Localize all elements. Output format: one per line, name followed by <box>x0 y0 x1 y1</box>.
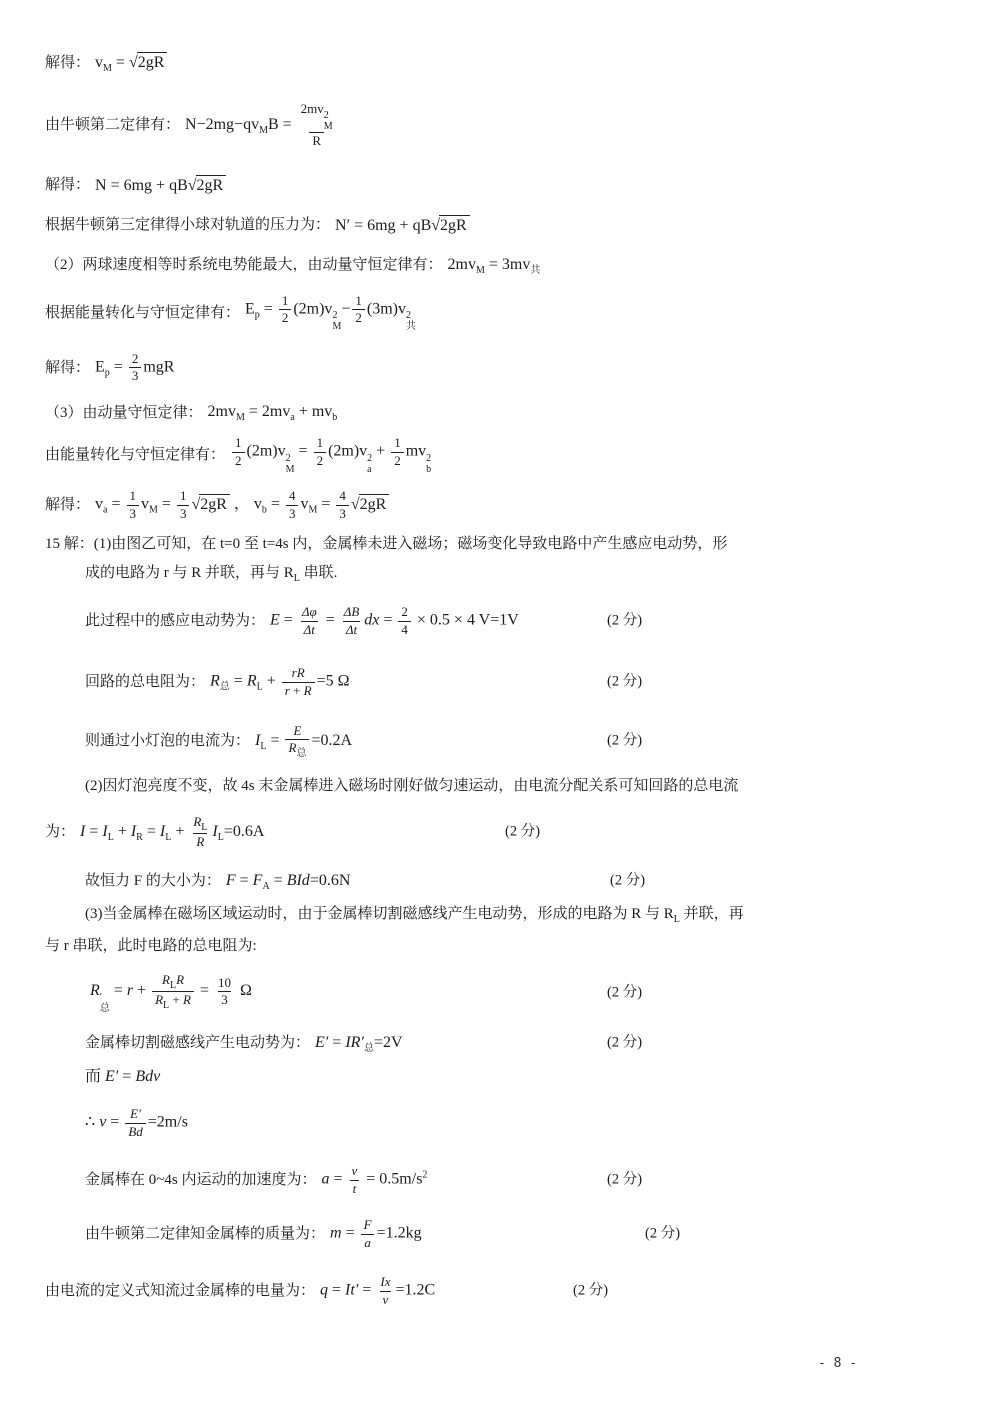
text-token: = <box>230 673 247 690</box>
superscript: 2 <box>332 310 337 321</box>
denominator: RL + R <box>152 991 194 1011</box>
text-token: =2m/s <box>148 1114 188 1131</box>
variable-token: E <box>293 723 301 738</box>
superscript: 2 <box>324 110 329 121</box>
text-token: = <box>267 496 284 513</box>
text-token: =1.2kg <box>377 1225 422 1242</box>
text-token: E <box>95 358 105 375</box>
text-token: 2 <box>282 310 289 325</box>
variable-token: v <box>383 1292 389 1307</box>
line-label: 金属棒在 0~4s 内运动的加速度为： <box>85 1171 316 1189</box>
text-token: 3 <box>339 506 346 521</box>
energy-conservation2-line: 由能量转化与守恒定律有： 12(2m)v2M = 12(2m)v2a + 12m… <box>45 430 962 480</box>
fraction: 12 <box>352 293 365 327</box>
numerator: F <box>361 1217 375 1233</box>
paragraph-text: (3)当金属棒在磁场区域运动时，由于金属棒切割磁感线产生电动势，形成的电路为 R… <box>85 905 744 925</box>
variable-token: Δt <box>346 622 357 637</box>
paragraph-text: 15 解：(1)由图乙可知，在 t=0 至 t=4s 内，金属棒未进入磁场；磁场… <box>45 535 727 553</box>
fraction: 13 <box>177 488 190 522</box>
line-label: 为： <box>45 823 75 841</box>
line-label: （2）两球速度相等时系统电势能最大，由动量守恒定律有： <box>45 256 443 274</box>
text-token: N = 6mg + qB <box>95 177 188 194</box>
text-token: × 0.5 × 4 V=1V <box>413 612 519 629</box>
denominator: 2 <box>352 309 365 326</box>
text-token: + <box>263 673 280 690</box>
variable-token: dx <box>364 612 379 629</box>
numerator: Δφ <box>299 604 320 620</box>
numerator: 2mv2M <box>298 101 336 132</box>
formula: vM = √2gR <box>95 52 167 74</box>
superscript: 2 <box>426 453 431 464</box>
radicand: 2gR <box>359 494 390 514</box>
formula: E = ΔφΔt = ΔBΔtdx = 24 × 0.5 × 4 V=1V <box>270 604 519 638</box>
text-token: 3 <box>221 992 228 1007</box>
radical: √2gR <box>351 494 389 514</box>
line-label: 解得： <box>45 359 90 377</box>
subscript: M <box>236 412 245 423</box>
denominator: 3 <box>129 367 142 384</box>
radical: √2gR <box>129 52 167 72</box>
subscript: b <box>426 464 431 475</box>
total-resistance2-line: R′总 = r + RLRRL + R = 103 Ω (2 分) <box>90 962 962 1024</box>
radicand: 2gR <box>196 175 227 195</box>
text-token: 并联，再 <box>680 906 744 922</box>
numerator: 1 <box>232 435 245 451</box>
fraction: 23 <box>129 351 142 385</box>
variable-token: R <box>155 992 163 1007</box>
sup-sub-stack: 2共 <box>406 310 416 332</box>
text-token: + <box>169 992 183 1007</box>
fraction: E′Bd <box>125 1106 145 1140</box>
fraction: ΔφΔt <box>299 604 320 638</box>
text-token: v <box>141 496 149 513</box>
text-token: =5 Ω <box>317 673 350 690</box>
text-token: = <box>329 1171 346 1188</box>
text-token: 3 <box>130 506 137 521</box>
variable-token: q <box>320 1282 328 1299</box>
charge-line: 由电流的定义式知流过金属棒的电量为： q = It′ = Ixv=1.2C (2… <box>45 1262 962 1320</box>
denominator: R总 <box>285 739 309 759</box>
variable-token: BId <box>287 872 310 889</box>
variable-token: R <box>176 972 184 987</box>
text-token: E <box>245 300 255 317</box>
part3-text-line-2: 与 r 串联，此时电路的总电阻为: <box>45 930 962 962</box>
variable-token: ΔB <box>344 604 360 619</box>
score-mark: (2 分) <box>573 1282 608 1299</box>
text-token: N−2mg−qv <box>185 116 259 133</box>
numerator: 4 <box>336 488 349 504</box>
text-token: = <box>158 496 175 513</box>
denominator: 2 <box>232 452 245 469</box>
answer-sheet-content: 解得： vM = √2gR 由牛顿第二定律有： N−2mg−qvMB = 2mv… <box>0 0 992 1320</box>
lamp-current-line: 则通过小灯泡的电流为： IL = ER总=0.2A (2 分) <box>85 712 962 770</box>
denominator: 2 <box>279 309 292 326</box>
superscript: 2 <box>286 453 291 464</box>
line-label: （3）由动量守恒定律： <box>45 404 203 422</box>
formula: E′ = IR′总=2V <box>315 1033 403 1054</box>
variable-token: R <box>196 834 204 849</box>
variable-token: R <box>210 673 220 690</box>
variable-token: F <box>253 872 263 889</box>
text-token: (3)当金属棒在磁场区域运动时，由于金属棒切割磁感线产生电动势，形成的电路为 R… <box>85 906 664 922</box>
radical: √2gR <box>188 175 226 195</box>
denominator: R <box>309 132 324 149</box>
formula: N′ = 6mg + qB√2gR <box>335 215 470 235</box>
variable-token: R <box>304 683 312 698</box>
subscript: 共 <box>530 265 540 276</box>
text-token: 1 <box>282 293 289 308</box>
fraction: 43 <box>336 488 349 522</box>
fraction: 13 <box>127 488 140 522</box>
fraction: 103 <box>215 975 234 1009</box>
variable-token: F <box>364 1217 372 1232</box>
sup-sub-stack: 2M <box>332 310 341 332</box>
text-token: 3 <box>132 368 139 383</box>
text-token: = <box>295 443 312 460</box>
text-token: ∴ <box>85 1114 99 1131</box>
superscript: ′ <box>100 992 102 1003</box>
line-label: 故恒力 F 的大小为： <box>85 872 221 890</box>
sup-sub-stack: 2b <box>426 453 431 475</box>
variable-token: R <box>247 673 257 690</box>
numerator: rR <box>289 665 308 681</box>
line-label: 由牛顿第二定律有： <box>45 116 180 134</box>
formula: m = Fa=1.2kg <box>330 1217 422 1251</box>
numerator: 1 <box>127 488 140 504</box>
line-label: 由牛顿第二定律知金属棒的质量为： <box>85 1225 325 1243</box>
formula: 2mvM = 3mv共 <box>448 255 541 276</box>
formula: 2mvM = 2mva + mvb <box>208 402 338 423</box>
formula: F = FA = BId=0.6N <box>226 871 351 892</box>
radicand: 2gR <box>137 52 168 72</box>
denominator: R <box>193 833 207 850</box>
subscript: A <box>262 881 269 892</box>
text-token: v <box>95 54 103 71</box>
denominator: 4 <box>398 621 411 638</box>
score-mark: (2 分) <box>645 1225 680 1242</box>
radical: √2gR <box>191 494 229 514</box>
text-token: 而 <box>85 1068 105 1085</box>
text-token: 4 <box>339 488 346 503</box>
variable-token: F <box>226 872 236 889</box>
text-token: 3 <box>180 506 187 521</box>
variable-token: R <box>284 565 294 581</box>
total-resistance-line: 回路的总电阻为： R总 = RL + rRr + R=5 Ω (2 分) <box>85 652 962 712</box>
fraction: 12 <box>391 435 404 469</box>
energy-conservation-line: 根据能量转化与守恒定律有： Ep = 12(2m)v2M−12(3m)v2共 <box>45 285 962 340</box>
denominator: r + R <box>282 682 315 699</box>
denominator: 3 <box>177 505 190 522</box>
score-mark: (2 分) <box>610 872 645 889</box>
text-token: 1 <box>394 435 401 450</box>
subscript: 总 <box>296 748 306 759</box>
numerator: 2 <box>129 351 142 367</box>
formula: q = It′ = Ixv=1.2C <box>320 1274 435 1308</box>
text-token: R <box>312 133 321 148</box>
variable-token: v <box>352 1163 358 1178</box>
denominator: Bd <box>125 1123 145 1140</box>
text-token: = <box>110 358 127 375</box>
subscript: M <box>332 321 341 332</box>
text-token: = <box>322 612 339 629</box>
superscript: 2 <box>422 1170 427 1181</box>
fraction: 12 <box>232 435 245 469</box>
denominator: Δt <box>343 621 360 638</box>
text-token: = <box>236 872 253 889</box>
line-label: 则通过小灯泡的电流为： <box>85 732 250 750</box>
text-token: 2 <box>235 453 242 468</box>
subscript: M <box>308 505 317 516</box>
text-token: v <box>254 496 262 513</box>
part2-momentum-line: （2）两球速度相等时系统电势能最大，由动量守恒定律有： 2mvM = 3mv共 <box>45 245 962 285</box>
subscript: b <box>332 412 337 423</box>
text-token: = <box>280 612 297 629</box>
line-label: 解得： <box>45 176 90 194</box>
radicand: 2gR <box>439 215 470 235</box>
text-token: =2V <box>374 1034 403 1051</box>
text-token: 10 <box>218 975 231 990</box>
superscript: 2 <box>406 310 411 321</box>
subscript: M <box>476 265 485 276</box>
numerator: 1 <box>177 488 190 504</box>
text-token: + <box>171 823 188 840</box>
variable-token: It′ <box>345 1282 358 1299</box>
solve-va-vb-line: 解得： va = 13vM = 13√2gR ， vb = 43vM = 43√… <box>45 480 962 530</box>
subscript: M <box>324 121 333 132</box>
score-mark: (2 分) <box>607 612 642 629</box>
text-token: (2m)v <box>328 443 367 460</box>
text-token: =0.2A <box>311 732 352 749</box>
emf-line: 此过程中的感应电动势为： E = ΔφΔt = ΔBΔtdx = 24 × 0.… <box>85 590 962 652</box>
score-mark: (2 分) <box>607 984 642 1001</box>
denominator: 3 <box>336 505 349 522</box>
subscript: 总 <box>220 682 230 693</box>
text-token: = <box>270 872 287 889</box>
q15-intro-line-2: 成的电路为 r 与 R 并联，再与 RL 串联. <box>85 558 962 590</box>
text-token: 2 <box>132 351 139 366</box>
denominator: v <box>380 1291 392 1308</box>
document-page: 解得： vM = √2gR 由牛顿第二定律有： N−2mg−qvMB = 2mv… <box>0 0 992 1403</box>
text-token: 2 <box>317 453 324 468</box>
line-label: 回路的总电阻为： <box>85 673 205 691</box>
fraction: RLRRL + R <box>152 972 194 1011</box>
variable-token: t <box>353 1181 357 1196</box>
formula: I = IL + IR = IL + RLRIL=0.6A <box>80 814 264 850</box>
variable-token: E′ <box>130 1106 141 1121</box>
line-label: 由电流的定义式知流过金属棒的电量为： <box>45 1282 315 1300</box>
text-token: = <box>112 54 129 71</box>
text-token: = <box>342 1225 359 1242</box>
text-token: = 0.5m/s <box>362 1171 422 1188</box>
formula: N−2mg−qvMB = 2mv2MR <box>185 101 338 149</box>
fraction: RLR <box>190 814 210 850</box>
text-token: 3 <box>289 506 296 521</box>
formula: Ep = 23mgR <box>95 351 174 385</box>
text-token: + <box>133 982 150 999</box>
subscript: M <box>259 125 268 136</box>
fraction: ΔBΔt <box>341 604 363 638</box>
text-token: 1 <box>235 435 242 450</box>
text-token: 2 <box>355 310 362 325</box>
fraction: 2mv2MR <box>298 101 336 149</box>
text-token: mgR <box>143 358 174 375</box>
subscript: M <box>286 464 295 475</box>
text-token: 串联. <box>300 565 338 581</box>
text-token: 2 <box>394 453 401 468</box>
numerator: RL <box>190 814 210 833</box>
text-token: + <box>290 683 304 698</box>
variable-token: Ix <box>380 1274 390 1289</box>
line-label: 金属棒切割磁感线产生电动势为： <box>85 1034 310 1052</box>
text-token: = <box>107 496 124 513</box>
subscript: M <box>149 505 158 516</box>
subscript: 总 <box>364 1043 374 1054</box>
subscript: L <box>201 822 207 833</box>
variable-token: IR′ <box>345 1034 364 1051</box>
fraction: vt <box>349 1163 361 1197</box>
denominator: 3 <box>218 991 231 1008</box>
text-token: + <box>114 823 131 840</box>
emf2-line: 金属棒切割磁感线产生电动势为： E′ = IR′总=2V (2 分) <box>85 1024 962 1062</box>
score-mark: (2 分) <box>505 823 540 840</box>
text-token: 1 <box>355 293 362 308</box>
line-label: 解得： <box>45 54 90 72</box>
force-line: 故恒力 F 的大小为： F = FA = BId=0.6N (2 分) <box>85 862 962 900</box>
text-token: 4 <box>401 622 408 637</box>
numerator: 2 <box>398 604 411 620</box>
fraction: rRr + R <box>282 665 315 699</box>
text-token: =0.6N <box>310 872 351 889</box>
denominator: Δt <box>301 621 318 638</box>
text-token: + <box>372 443 389 460</box>
subscript: 共 <box>406 321 416 332</box>
text-token: 成的电路为 r 与 R 并联，再与 <box>85 565 284 581</box>
numerator: 10 <box>215 975 234 991</box>
text-token: ， <box>230 496 254 513</box>
text-token: = <box>85 823 102 840</box>
text-token: =0.6A <box>224 823 265 840</box>
variable-token: Δφ <box>302 604 317 619</box>
text-token: 2 <box>401 604 408 619</box>
radicand: 2gR <box>199 494 230 514</box>
text-token: (2m)v <box>293 300 332 317</box>
formula: R总 = RL + rRr + R=5 Ω <box>210 665 350 699</box>
variable-token: R <box>90 982 100 999</box>
subscript: 总 <box>100 1003 110 1014</box>
text-token: = <box>110 982 127 999</box>
numerator: v <box>349 1163 361 1179</box>
variable-token: E <box>270 612 280 629</box>
total-current-line: 为： I = IL + IR = IL + RLRIL=0.6A (2 分) <box>45 802 962 862</box>
sup-sub-stack: ′总 <box>100 992 110 1014</box>
fraction: ER总 <box>285 723 309 759</box>
acceleration-line: 金属棒在 0~4s 内运动的加速度为： a = vt = 0.5m/s2 (2 … <box>85 1154 962 1206</box>
text-token: (3m)v <box>367 300 406 317</box>
q15-intro-line-1: 15 解：(1)由图乙可知，在 t=0 至 t=4s 内，金属棒未进入磁场；磁场… <box>45 530 962 558</box>
variable-token: R <box>183 992 191 1007</box>
formula: Ep = 12(2m)v2M−12(3m)v2共 <box>245 293 416 332</box>
variable-token: Bd <box>128 1124 142 1139</box>
variable-token: E′ <box>315 1034 328 1051</box>
numerator: E′ <box>127 1106 144 1122</box>
text-token: = 2mv <box>245 403 290 420</box>
score-mark: (2 分) <box>607 1034 642 1051</box>
text-token: =1.2C <box>395 1282 435 1299</box>
text-token: (2m)v <box>247 443 286 460</box>
denominator: 3 <box>286 505 299 522</box>
page-number: - 8 - <box>818 1356 857 1371</box>
fraction: Fa <box>361 1217 375 1251</box>
text-token: = <box>358 1282 375 1299</box>
line-label: 根据能量转化与守恒定律有： <box>45 304 240 322</box>
text-token: 1 <box>130 488 137 503</box>
variable-token: R <box>664 906 674 922</box>
line-label: 此过程中的感应电动势为： <box>85 612 265 630</box>
denominator: 3 <box>127 505 140 522</box>
fraction: 12 <box>314 435 327 469</box>
emf-expression-line: 而 E′ = Bdv <box>85 1062 962 1092</box>
formula: IL = ER总=0.2A <box>255 723 352 759</box>
text-token: = <box>328 1282 345 1299</box>
formula: va = 13vM = 13√2gR ， vb = 43vM = 43√2gR <box>95 488 389 522</box>
numerator: ΔB <box>341 604 363 620</box>
text-token: = <box>317 496 334 513</box>
formula: 12(2m)v2M = 12(2m)v2a + 12mv2b <box>230 435 431 474</box>
subscript: R <box>136 832 143 843</box>
variable-token: a <box>364 1235 371 1250</box>
line-label: 根据牛顿第三定律得小球对轨道的压力为： <box>45 216 330 234</box>
text-token: = <box>118 1068 135 1085</box>
formula: ∴ v = E′Bd=2m/s <box>85 1106 188 1140</box>
text-token: − <box>341 300 350 317</box>
variable-token: m <box>330 1225 342 1242</box>
formula: a = vt = 0.5m/s2 <box>321 1163 427 1197</box>
numerator: 1 <box>314 435 327 451</box>
solve-n-line: 解得： N = 6mg + qB√2gR <box>45 165 962 205</box>
variable-token: rR <box>292 665 305 680</box>
fraction: 12 <box>279 293 292 327</box>
sup-sub-stack: 2M <box>286 453 295 475</box>
solve-ep-line: 解得： Ep = 23mgR <box>45 340 962 395</box>
denominator: 2 <box>391 452 404 469</box>
variable-token: Δt <box>304 622 315 637</box>
mass-line: 由牛顿第二定律知金属棒的质量为： m = Fa=1.2kg (2 分) <box>85 1206 962 1262</box>
text-token: 1 <box>180 488 187 503</box>
subscript: M <box>103 63 112 74</box>
newton-second-law-line: 由牛顿第二定律有： N−2mg−qvMB = 2mv2MR <box>45 85 962 165</box>
part3-text-line-1: (3)当金属棒在磁场区域运动时，由于金属棒切割磁感线产生电动势，形成的电路为 R… <box>85 900 962 930</box>
text-token: 2mv <box>448 256 476 273</box>
text-token: = 3mv <box>485 256 530 273</box>
numerator: Ix <box>377 1274 393 1290</box>
numerator: 1 <box>279 293 292 309</box>
text-token: 2mv <box>301 101 324 116</box>
text-token: 2mv <box>208 403 236 420</box>
score-mark: (2 分) <box>607 1171 642 1188</box>
text-token: = <box>260 300 277 317</box>
score-mark: (2 分) <box>607 732 642 749</box>
line-label: 解得： <box>45 496 90 514</box>
text-token: v <box>95 496 103 513</box>
part2-text-line: (2)因灯泡亮度不变，故 4s 末金属棒进入磁场时刚好做匀速运动，由电流分配关系… <box>85 770 962 802</box>
text-token: = <box>196 982 213 999</box>
newton-third-law-line: 根据牛顿第三定律得小球对轨道的压力为： N′ = 6mg + qB√2gR <box>45 205 962 245</box>
denominator: t <box>350 1180 360 1197</box>
text-token: Ω <box>236 982 252 999</box>
fraction: 24 <box>398 604 411 638</box>
variable-token: Bdv <box>135 1068 160 1085</box>
text-token: 1 <box>317 435 324 450</box>
